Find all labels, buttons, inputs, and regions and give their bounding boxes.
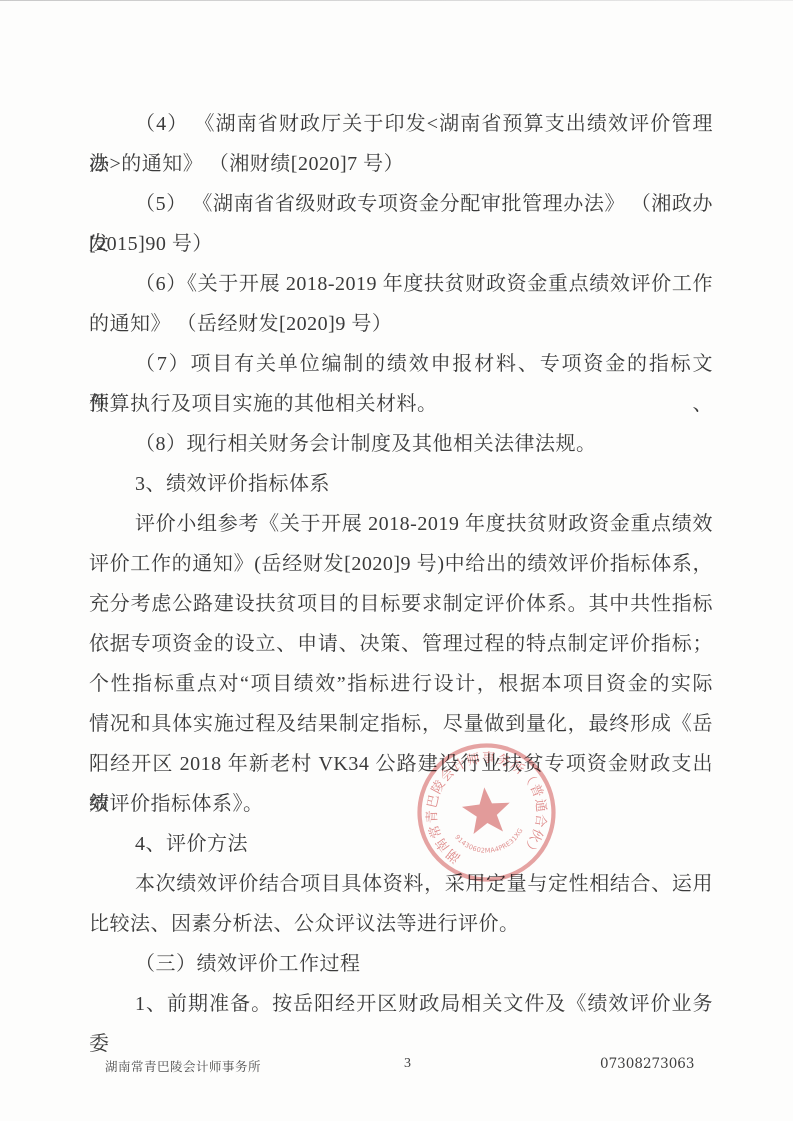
text-line: [2015]90 号）: [89, 224, 713, 264]
text-line: 个性指标重点对“项目绩效”指标进行设计，根据本项目资金的实际: [89, 664, 713, 704]
text-line: 效评价指标体系》。: [89, 784, 713, 824]
text-line: 阳经开区 2018 年新老村 VK34 公路建设行业扶贫专项资金财政支出绩: [89, 744, 713, 784]
footer-phone-number: 07308273063: [600, 1056, 690, 1072]
text-line: 依据专项资金的设立、申请、决策、管理过程的特点制定评价指标；: [89, 624, 713, 664]
company-seal-stamp: 湖南常青巴陵会计师事务所（普通合伙） 91430602MA4PRE31XG: [410, 736, 563, 889]
text-line: 3、绩效评价指标体系: [89, 464, 713, 504]
text-line: （6）《关于开展 2018-2019 年度扶贫财政资金重点绩效评价工作: [89, 264, 713, 304]
text-line: 的通知》 （岳经财发[2020]9 号）: [89, 304, 713, 344]
text-line: 本次绩效评价结合项目具体资料，采用定量与定性相结合、运用: [89, 864, 713, 904]
text-line: 评价工作的通知》(岳经财发[2020]9 号)中给出的绩效评价指标体系，: [89, 544, 713, 584]
text-line: （三）绩效评价工作过程: [89, 944, 713, 984]
text-line: 1、前期准备。按岳阳经开区财政局相关文件及《绩效评价业务委: [89, 984, 713, 1024]
text-line: 情况和具体实施过程及结果制定指标，尽量做到量化，最终形成《岳: [89, 704, 713, 744]
star-icon: [460, 785, 512, 835]
text-line: （5） 《湖南省省级财政专项资金分配审批管理办法》 （湘政办发: [89, 184, 713, 224]
document-body: （4） 《湖南省财政厅关于印发<湖南省预算支出绩效评价管理办法>的通知》 （湘财…: [89, 104, 713, 1024]
text-line: （8）现行相关财务会计制度及其他相关法律法规。: [89, 424, 713, 464]
seal-code-text: 91430602MA4PRE31XG: [453, 826, 527, 857]
text-line: （7）项目有关单位编制的绩效申报材料、专项资金的指标文件、: [89, 344, 713, 384]
text-line: 比较法、因素分析法、公众评议法等进行评价。: [89, 904, 713, 944]
text-line: 评价小组参考《关于开展 2018-2019 年度扶贫财政资金重点绩效: [89, 504, 713, 544]
text-line: 充分考虑公路建设扶贫项目的目标要求制定评价体系。其中共性指标: [89, 584, 713, 624]
footer-company-name: 湖南常青巴陵会计师事务所: [105, 1057, 261, 1075]
page-number: 3: [404, 1056, 411, 1072]
document-page: （4） 《湖南省财政厅关于印发<湖南省预算支出绩效评价管理办法>的通知》 （湘财…: [0, 0, 793, 1121]
text-line: 4、评价方法: [89, 824, 713, 864]
text-line: 法>的通知》 （湘财绩[2020]7 号）: [89, 144, 713, 184]
text-line: （4） 《湖南省财政厅关于印发<湖南省预算支出绩效评价管理办: [89, 104, 713, 144]
scan-top-edge: [0, 0, 793, 1]
